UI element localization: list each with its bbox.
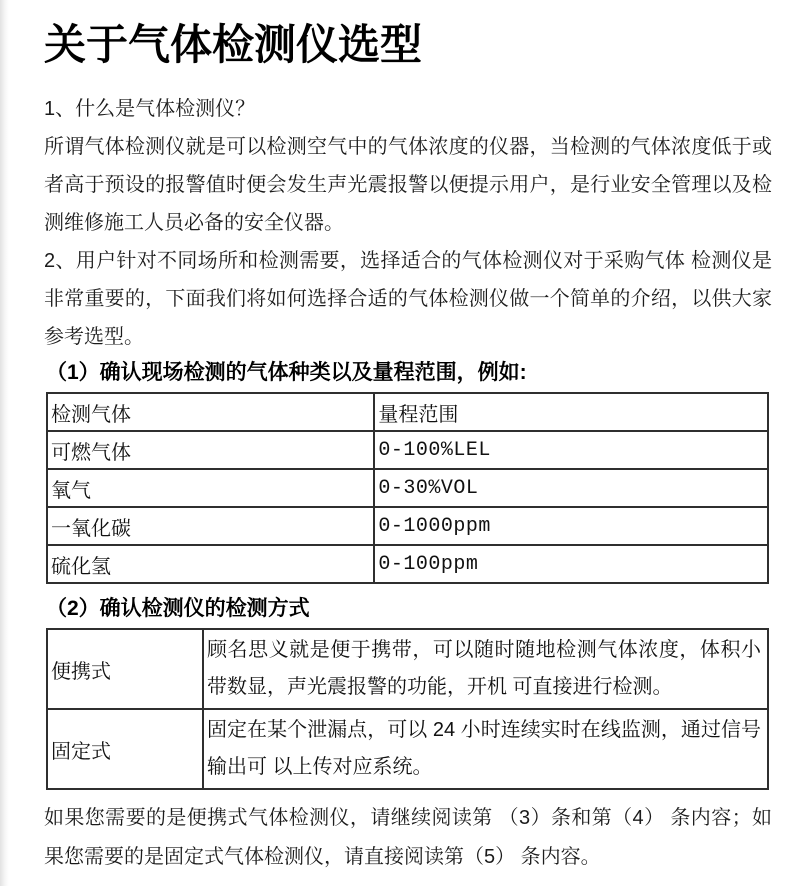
range-cell: 0-1000ppm xyxy=(374,507,768,545)
table-row: 氧气 0-30%VOL xyxy=(47,469,768,507)
mode-desc-cell: 固定在某个泄漏点，可以 24 小时连续实时在线监测，通过信号输出可 以上传对应系… xyxy=(203,709,768,789)
gas-column-header: 检测气体 xyxy=(47,393,374,431)
gas-cell: 氧气 xyxy=(47,469,374,507)
detection-mode-table: 便携式 顾名思义就是便于携带，可以随时随地检测气体浓度，体积小带数显，声光震报警… xyxy=(46,628,769,790)
range-cell: 0-100%LEL xyxy=(374,431,768,469)
range-cell: 0-30%VOL xyxy=(374,469,768,507)
table-row: 一氧化碳 0-1000ppm xyxy=(47,507,768,545)
section-2-heading: （2）确认检测仪的检测方式 xyxy=(46,596,772,622)
question-1-paragraph: 所谓气体检测仪就是可以检测空气中的气体浓度的仪器，当检测的气体浓度低于或者高于预… xyxy=(44,128,772,242)
table-row: 硫化氢 0-100ppm xyxy=(47,545,768,583)
question-2-paragraph: 2、用户针对不同场所和检测需要，选择适合的气体检测仪对于采购气体 检测仪是非常重… xyxy=(44,242,772,356)
gas-range-table: 检测气体 量程范围 可燃气体 0-100%LEL 氧气 0-30%VOL 一氧化… xyxy=(46,392,769,584)
mode-desc-cell: 顾名思义就是便于携带，可以随时随地检测气体浓度，体积小带数显，声光震报警的功能，… xyxy=(203,629,768,709)
closing-paragraph: 如果您需要的是便携式气体检测仪，请继续阅读第 （3）条和第（4） 条内容；如果您… xyxy=(44,799,772,877)
range-column-header: 量程范围 xyxy=(374,393,768,431)
table-row: 便携式 顾名思义就是便于携带，可以随时随地检测气体浓度，体积小带数显，声光震报警… xyxy=(47,629,768,709)
table-row: 固定式 固定在某个泄漏点，可以 24 小时连续实时在线监测，通过信号输出可 以上… xyxy=(47,709,768,789)
document-page: 关于气体检测仪选型 1、什么是气体检测仪？ 所谓气体检测仪就是可以检测空气中的气… xyxy=(0,0,800,877)
page-title: 关于气体检测仪选型 xyxy=(44,20,772,70)
range-cell: 0-100ppm xyxy=(374,545,768,583)
section-1-heading: （1）确认现场检测的气体种类以及量程范围，例如: xyxy=(46,360,772,386)
gas-cell: 一氧化碳 xyxy=(47,507,374,545)
mode-name-cell: 便携式 xyxy=(47,629,203,709)
table-row: 可燃气体 0-100%LEL xyxy=(47,431,768,469)
question-1-heading: 1、什么是气体检测仪？ xyxy=(44,90,772,128)
gas-cell: 可燃气体 xyxy=(47,431,374,469)
gas-range-header-row: 检测气体 量程范围 xyxy=(47,393,768,431)
gas-cell: 硫化氢 xyxy=(47,545,374,583)
mode-name-cell: 固定式 xyxy=(47,709,203,789)
